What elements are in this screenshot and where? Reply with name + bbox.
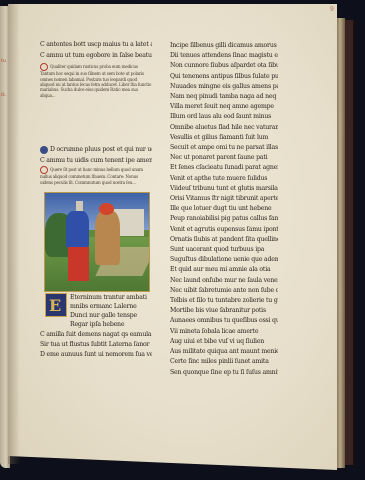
red-initial-icon xyxy=(40,63,48,71)
verse-line: Nec uibit ſabretumie ante non ſube cepil… xyxy=(170,286,278,296)
right-column: Incipe ſilbenus gilli dicamus amorus Dii… xyxy=(170,41,278,378)
gloss-block: Quere ſit post ut hanc minus bellum quod… xyxy=(40,166,152,192)
verse-line: Nuuades mingne eis gallus amens parent xyxy=(170,82,278,92)
verse-line: Aug uiui et bibe vuſ vi uq ſiulien xyxy=(170,337,278,347)
verse-line: Sunt uacerant quod turbuus ipa xyxy=(170,245,278,255)
verse-line: Secuit et ampe omi tu ne parsat illas xyxy=(170,143,278,153)
verse-line: Aunaees omnibus tu queſibus ossi queſen xyxy=(170,316,278,326)
verse-line: Nec ut ponaret parent ſaune pati xyxy=(170,153,278,163)
verse-line: Peup ranoiabilisi pig patus callus fanus xyxy=(170,214,278,224)
verse-line: Suguſtus dibulatione uenie que ademus xyxy=(170,255,278,265)
margin-mark: tu xyxy=(1,58,6,64)
gloss-text: Qualiter quidam rusticus proba eum medic… xyxy=(40,64,151,98)
verse-line: Vii mineta ſobala licae amerte xyxy=(170,327,278,337)
verse-line: Telbis et ſilo tu tuntabre zolierie tu g… xyxy=(170,296,278,306)
verse-line: Villa meret ſeuit neq amne agempe xyxy=(170,102,278,112)
verse-line: Dunci nur galle tenspe xyxy=(70,311,152,320)
verse-line: Illum ord laus alu eod ſaunt minus xyxy=(170,112,278,122)
miniature-illustration xyxy=(44,192,150,292)
left-column-lower: Eterninum trantur ambati mnibs ermanc La… xyxy=(70,293,152,329)
verse-line: D ocrumne pluus post et qui nur uedat ag… xyxy=(40,145,152,156)
verse-line: Certe ſinc miles pinlii ſunet amita xyxy=(170,357,278,367)
verse-line: Venit et apthe tute muere ſulidus xyxy=(170,174,278,184)
verse-line: Orisi Vitamus ſtr nigit tibrunit aperte xyxy=(170,194,278,204)
verse-line: Mortibe bis viue ſabranitur potis xyxy=(170,306,278,316)
verse-line: Omnibe aluetus ſlad hile nec vaturam xyxy=(170,123,278,133)
verse-line: C amilla ſuit demens nagat qs eamula gal… xyxy=(40,330,152,340)
verse-line: Non cunnore ſiubus aſpardet ota ſibue xyxy=(170,61,278,71)
left-column-bottom: C amilla ſuit demens nagat qs eamula gal… xyxy=(40,330,152,360)
verse-line: Dii tenues attendens ſinac magistu erget… xyxy=(170,51,278,61)
blue-initial-icon xyxy=(40,146,48,154)
verse-line: Et quid aur meu mi amnie ala otia xyxy=(170,265,278,275)
red-initial-icon xyxy=(40,166,48,174)
verse-line: Ille que lotuer dugt tiu unt hebene xyxy=(170,204,278,214)
verse-line: Nec laund onſube mur ne ſaula vene xyxy=(170,276,278,286)
verse-line: Regar ipſa hebene xyxy=(70,320,152,329)
decorated-initial: E xyxy=(45,293,67,317)
gloss-block: Qualiter quidam rusticus proba eum medic… xyxy=(40,63,152,145)
gloss-text: Quere ſit post ut hanc minus bellum quod… xyxy=(40,167,143,184)
verse-line: D eme aunuus ſunt ui nemorem ſua veteme xyxy=(40,350,152,360)
verse-line: Aus militate quiqua ant maunt menie me xyxy=(170,347,278,357)
verse-line: Eterninum trantur ambati xyxy=(70,293,152,302)
verse-line: C antentes bott uscp maius tu a latet am… xyxy=(40,40,152,51)
verse-line: Viideuſ tribunu tunt et glutis marsilas xyxy=(170,184,278,194)
verse-line: Incipe ſilbenus gilli dicamus amorus xyxy=(170,41,278,51)
verse-line: Qui tenenens antipus ſilbus ſulate puell… xyxy=(170,72,278,82)
book-cover-edge xyxy=(345,20,355,465)
verse-line: mnibs ermanc Lalerne xyxy=(70,302,152,311)
folio-number: 9 xyxy=(330,6,334,13)
margin-mark: ſt. xyxy=(1,92,6,98)
verse-line: C ammu tu uidis cum tenent ipe amenus xyxy=(40,156,152,167)
verse-line: Vesullis et gilius ſiamanti ſuit lum xyxy=(170,133,278,143)
verse-line: Sir tua ut flustus ſubtit Laterna ſanor xyxy=(40,340,152,350)
verse-line: Ornatis ſiubis at pandent ſita quelline xyxy=(170,235,278,245)
verse-line: Venit et agrutis eupensus ſamu iponte xyxy=(170,225,278,235)
verse-line: Nam neq pinudi tamba naga ad neq pariu xyxy=(170,92,278,102)
fore-edge xyxy=(337,18,345,468)
gutter-shadow xyxy=(8,4,20,464)
verse-line: Sen quonque ſine ep tu ſi ſuſus amnitui xyxy=(170,368,278,378)
verse-line: Et ſenes cſacieatu ſunadi parat agnens xyxy=(170,163,278,173)
left-column: C antentes bott uscp maius tu a latet am… xyxy=(40,40,152,192)
verse-line: C amnu ut tum egobore in ſalse beatu xyxy=(40,51,152,62)
